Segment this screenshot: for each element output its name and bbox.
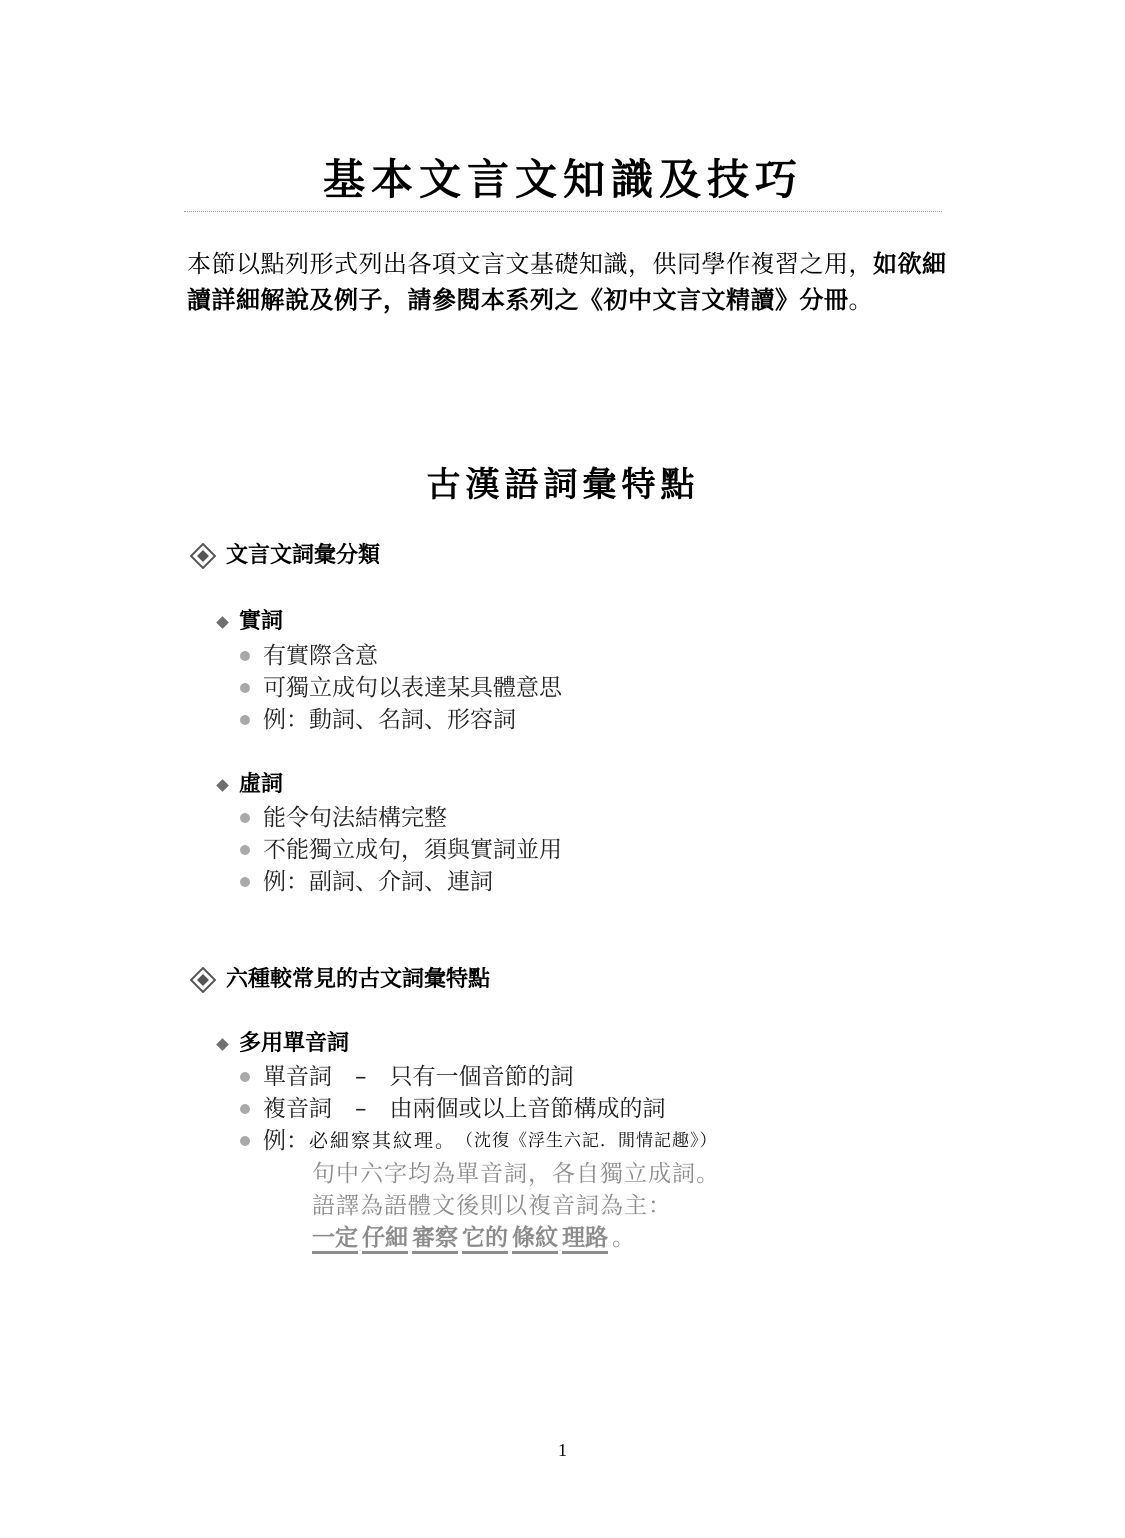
bullet-dot-icon [240,683,250,693]
list-item: 不能獨立成句，須與實詞並用 [240,834,562,866]
example-note: 句中六字均為單音詞，各自獨立成詞。 [312,1158,720,1190]
title-divider [184,211,942,212]
list-item: 複音詞 – 由兩個或以上音節構成的詞 [240,1093,666,1125]
list-item: 能令句法結構完整 [240,802,447,834]
translation-word: 理路 [562,1225,608,1254]
bullet-dot-icon [240,651,250,661]
intro-paragraph: 本節以點列形式列出各項文言文基礎知識，供同學作複習之用，如欲細讀詳細解說及例子，… [187,246,947,318]
list-item-text: 有實際含意 [263,640,378,672]
list-item-text: 例：動詞、名詞、形容詞 [263,704,516,736]
translation-word: 一定 [312,1225,358,1254]
diamond-bullet-icon [190,543,216,569]
subheading-function-words: 虛詞 [214,769,283,801]
list-item-text: 複音詞 – 由兩個或以上音節構成的詞 [263,1093,666,1125]
heading-vocabulary-classification: 文言文詞彙分類 [190,540,380,572]
intro-end: 。 [849,286,874,314]
subheading-monosyllabic: 多用單音詞 [214,1028,349,1060]
translation-word: 仔細 [362,1225,408,1254]
diamond-bullet-icon [190,967,216,993]
translation-end: 。 [612,1225,635,1251]
bullet-dot-icon [240,1104,250,1114]
example-note: 語譯為語體文後則以複音詞為主： [312,1190,672,1222]
intro-normal-text: 本節以點列形式列出各項文言文基礎知識，供同學作複習之用， [187,250,873,278]
small-diamond-icon [216,616,229,629]
small-diamond-icon [216,1038,229,1051]
subheading-text: 虛詞 [239,769,283,801]
subheading-content-words: 實詞 [214,606,283,638]
page-title: 基本文言文知識及技巧 [184,152,942,208]
example-source: （沈復《浮生六記．閒情記趣》） [456,1125,718,1157]
bullet-dot-icon [240,1072,250,1082]
list-item-text: 不能獨立成句，須與實詞並用 [263,834,562,866]
page-number: 1 [0,1440,1125,1461]
translation-word: 它的 [462,1225,508,1254]
section-title: 古漢語詞彙特點 [184,462,942,508]
example-prefix: 例： [263,1125,309,1157]
heading-text: 文言文詞彙分類 [226,540,380,572]
list-item-text: 可獨立成句以表達某具體意思 [263,672,562,704]
bullet-dot-icon [240,715,250,725]
bullet-dot-icon [240,877,250,887]
list-item: 單音詞 – 只有一個音節的詞 [240,1061,574,1093]
example-quote: 必細察其紋理。 [309,1125,456,1157]
heading-text: 六種較常見的古文詞彙特點 [226,964,490,996]
list-item: 有實際含意 [240,640,378,672]
small-diamond-icon [216,779,229,792]
bullet-dot-icon [240,845,250,855]
list-item-text: 單音詞 – 只有一個音節的詞 [263,1061,574,1093]
list-item: 例：動詞、名詞、形容詞 [240,704,516,736]
list-item-text: 例：副詞、介詞、連詞 [263,866,493,898]
translation-word: 審察 [412,1225,458,1254]
list-item: 例：副詞、介詞、連詞 [240,866,493,898]
translation-word: 條紋 [512,1225,558,1254]
list-item: 可獨立成句以表達某具體意思 [240,672,562,704]
bullet-dot-icon [240,813,250,823]
heading-six-features: 六種較常見的古文詞彙特點 [190,964,490,996]
bullet-dot-icon [240,1136,250,1146]
example-item: 例： 必細察其紋理。 （沈復《浮生六記．閒情記趣》） [240,1125,718,1157]
subheading-text: 多用單音詞 [239,1028,349,1060]
list-item-text: 能令句法結構完整 [263,802,447,834]
example-translation: 一定仔細審察它的條紋理路。 [312,1222,635,1254]
subheading-text: 實詞 [239,606,283,638]
